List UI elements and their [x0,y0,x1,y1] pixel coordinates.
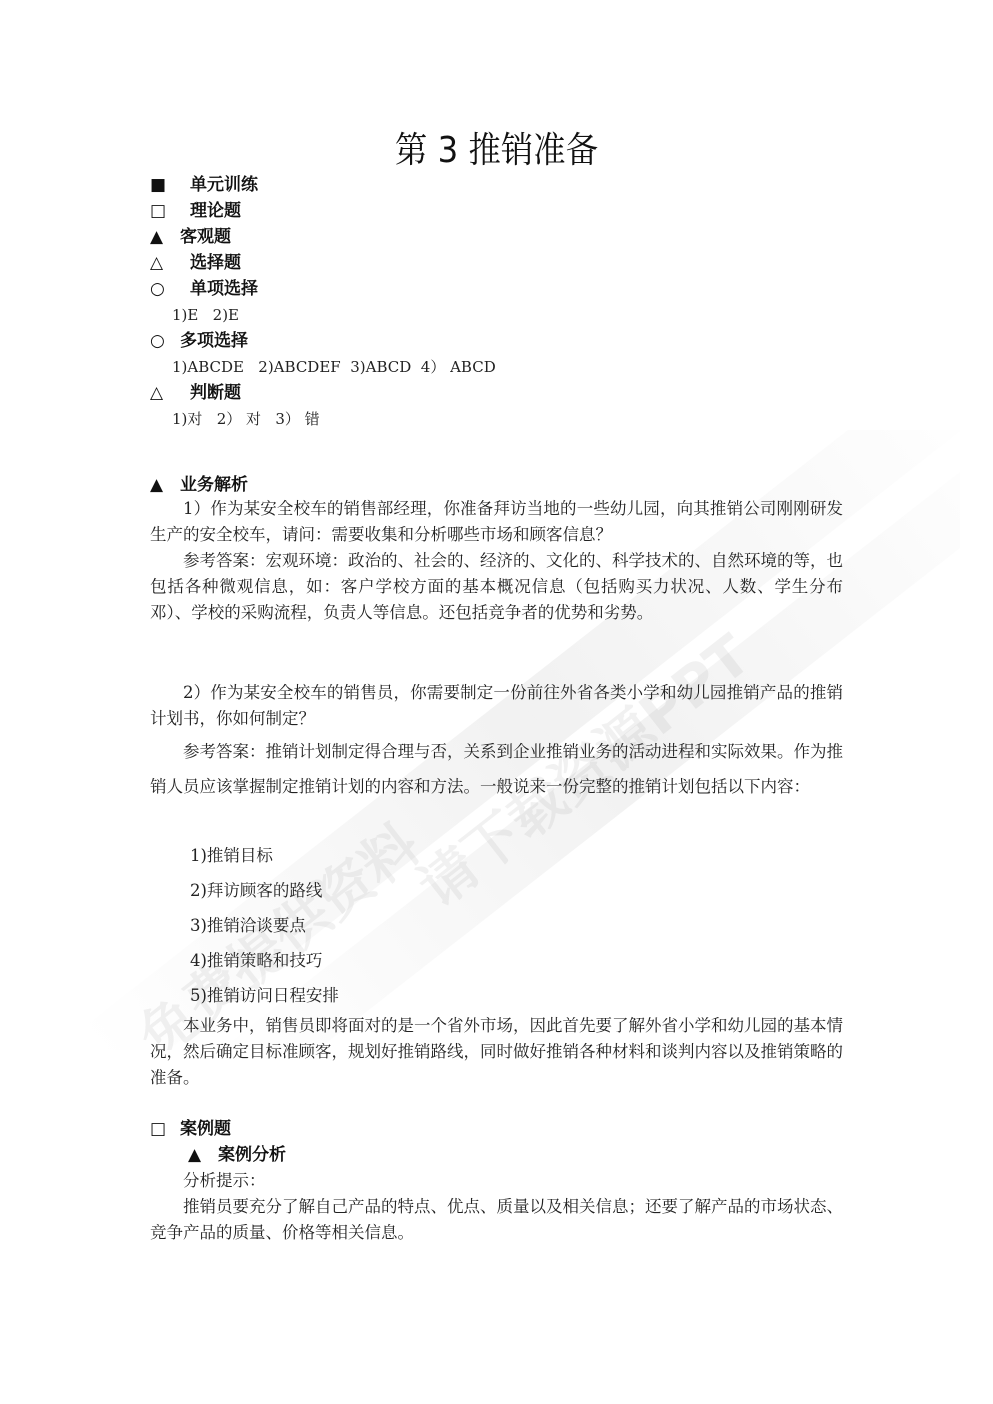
plan-item: 4)推销策略和技巧 [190,950,322,972]
business-question-2: 2）作为某安全校车的销售员，你需要制定一份前往外省各类小学和幼儿园推销产品的推销… [150,680,843,732]
heading-theory: □理论题 [150,200,241,222]
heading-business-analysis: ▲业务解析 [150,474,248,496]
plan-item: 5)推销访问日程安排 [190,985,339,1007]
business-conclusion: 本业务中，销售员即将面对的是一个省外市场，因此首先要了解外省小学和幼儿园的基本情… [150,1013,843,1091]
business-answer-2: 参考答案：推销计划制定得合理与否，关系到企业推销业务的活动进程和实际效果。作为推… [150,734,843,804]
filled-triangle-icon: ▲ [150,474,180,496]
filled-square-icon: ■ [150,174,190,196]
heading-multi-choice: ○多项选择 [150,330,248,352]
heading-case-analysis: ▲案例分析 [188,1144,286,1166]
heading-judgment: △判断题 [150,382,241,404]
empty-square-icon: □ [150,1118,180,1140]
multi-choice-answers: 1)ABCDE 2)ABCDEF 3)ABCD 4） ABCD [172,356,496,378]
circle-icon: ○ [150,330,180,352]
filled-triangle-icon: ▲ [150,226,180,248]
heading-case-questions: □案例题 [150,1118,231,1140]
plan-item: 2)拜访顾客的路线 [190,880,322,902]
page-title: 第 3 推销准备 [50,122,944,173]
case-hint-text: 推销员要充分了解自己产品的特点、优点、质量以及相关信息；还要了解产品的市场状态、… [150,1194,843,1246]
business-answer-1: 参考答案：宏观环境：政治的、社会的、经济的、文化的、科学技术的、自然环境的等，也… [150,548,843,626]
heading-single-choice: ○单项选择 [150,278,258,300]
judgment-answers: 1)对 2） 对 3） 错 [172,408,320,430]
heading-unit-training: ■单元训练 [150,174,258,196]
heading-objective: ▲客观题 [150,226,231,248]
business-question-1: 1）作为某安全校车的销售部经理，你准备拜访当地的一些幼儿园，向其推销公司刚刚研发… [150,496,843,548]
plan-item: 1)推销目标 [190,845,273,867]
circle-icon: ○ [150,278,190,300]
empty-square-icon: □ [150,200,190,222]
document-page: 免费提供资料 请下载资源PPT 第 3 推销准备 ■单元训练 □理论题 ▲客观题… [0,0,993,1404]
heading-choice: △选择题 [150,252,241,274]
filled-triangle-icon: ▲ [188,1144,218,1166]
empty-triangle-icon: △ [150,382,190,404]
case-hint-label: 分析提示： [150,1168,843,1194]
empty-triangle-icon: △ [150,252,190,274]
plan-item: 3)推销洽谈要点 [190,915,306,937]
single-choice-answers: 1)E 2)E [172,304,239,326]
